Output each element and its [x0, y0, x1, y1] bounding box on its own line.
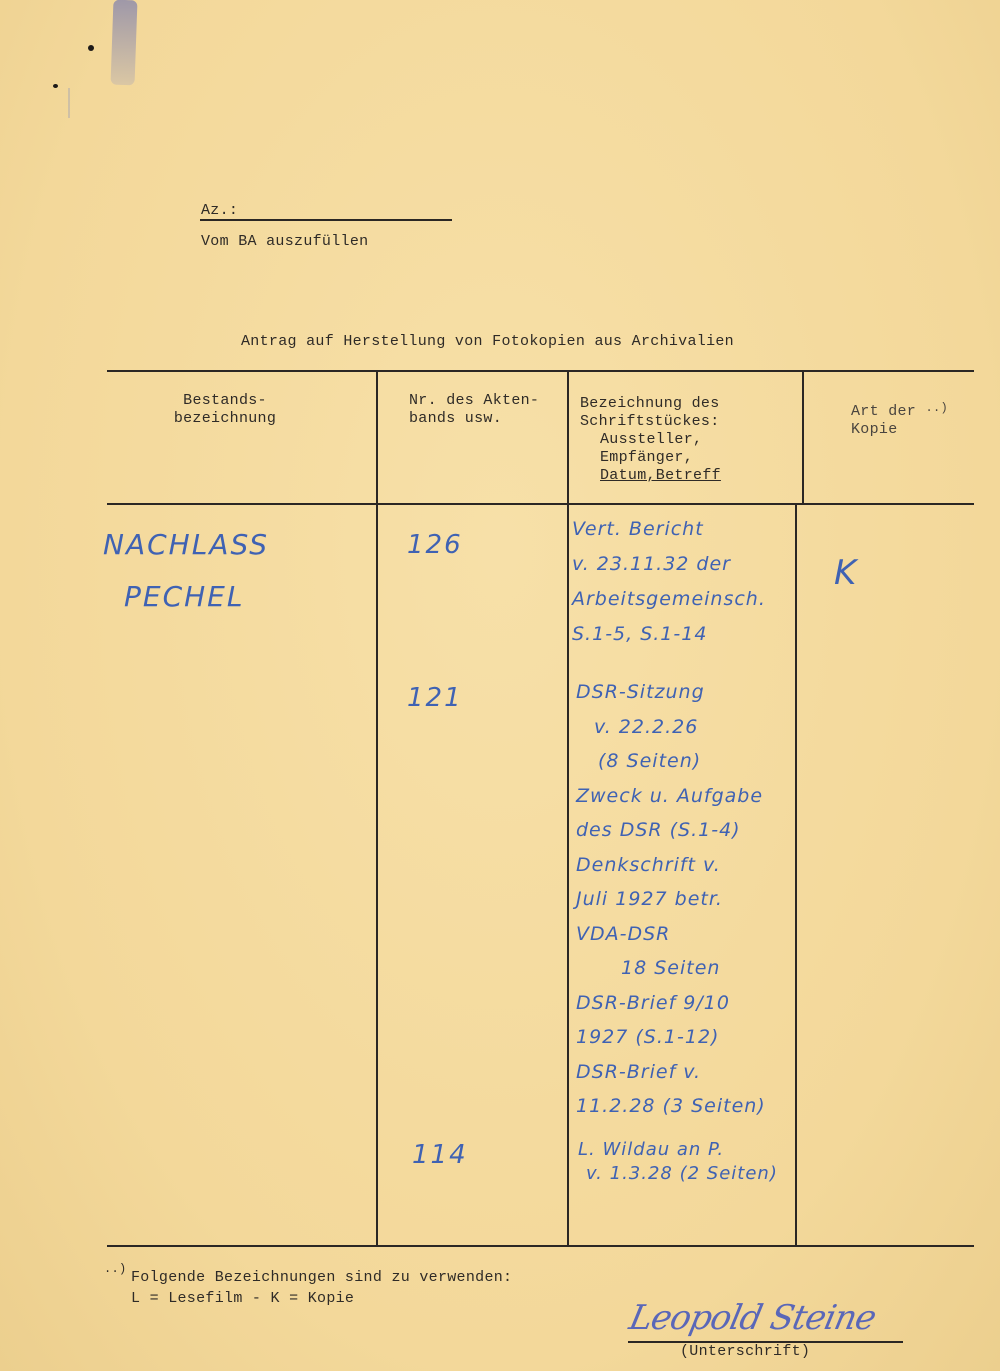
- column-divider-3-header: [802, 372, 804, 504]
- column-header-art: Art der ..) Kopie: [851, 399, 948, 439]
- column-header-nr: Nr. des Akten- bands usw.: [409, 392, 539, 428]
- header-line: Bezeichnung des: [580, 395, 721, 413]
- signature-label: (Unterschrift): [680, 1343, 810, 1360]
- column-divider-3: [795, 505, 797, 1245]
- form-title: Antrag auf Herstellung von Fotokopien au…: [241, 333, 734, 350]
- entry-line: Denkschrift v.: [576, 848, 766, 883]
- bestand-value-line1: NACHLASS: [103, 528, 269, 561]
- entry-line: (8 Seiten): [576, 744, 766, 779]
- art-der-kopie-value: K: [834, 553, 856, 593]
- az-input-line[interactable]: [200, 219, 452, 221]
- ink-stain: [111, 0, 138, 85]
- punch-mark: [53, 84, 58, 88]
- entry-line: S.1-5, S.1-14: [572, 617, 766, 652]
- entry-nr: 126: [407, 530, 463, 560]
- entry-line: 11.2.28 (3 Seiten): [576, 1089, 766, 1124]
- entry-nr: 121: [407, 683, 463, 713]
- entry-line: v. 1.3.28 (2 Seiten): [578, 1162, 778, 1186]
- entry-line: des DSR (S.1-4): [576, 813, 766, 848]
- table-bottom-rule: [107, 1245, 974, 1247]
- footnote-mark: ..): [925, 401, 948, 415]
- entry-line: DSR-Brief 9/10: [576, 986, 766, 1021]
- entry-line: Juli 1927 betr.: [576, 882, 766, 917]
- entry-line: DSR-Sitzung: [576, 675, 766, 710]
- entry-description: Vert. Bericht v. 23.11.32 der Arbeitsgem…: [572, 512, 766, 652]
- header-line: Aussteller,: [580, 431, 721, 449]
- column-header-bezeichnung: Bezeichnung des Schriftstückes: Ausstell…: [580, 395, 721, 485]
- entry-nr: 114: [412, 1140, 468, 1170]
- entry-line: L. Wildau an P.: [578, 1138, 778, 1162]
- entry-line: v. 22.2.26: [576, 710, 766, 745]
- header-line: Art der: [851, 403, 916, 420]
- table-top-rule: [107, 370, 974, 372]
- entry-line: Vert. Bericht: [572, 512, 766, 547]
- az-label: Az.:: [201, 202, 238, 219]
- table-header-rule: [107, 503, 974, 505]
- entry-description: L. Wildau an P. v. 1.3.28 (2 Seiten): [578, 1138, 778, 1186]
- entry-line: v. 23.11.32 der: [572, 547, 766, 582]
- footnote-text: Folgende Bezeichnungen sind zu verwenden…: [131, 1267, 512, 1309]
- signature: Leopold Steine: [626, 1298, 879, 1338]
- az-note: Vom BA auszufüllen: [201, 233, 368, 250]
- smudge: [68, 88, 70, 118]
- entry-description: DSR-Sitzung v. 22.2.26 (8 Seiten) Zweck …: [576, 675, 766, 1124]
- entry-line: 18 Seiten: [576, 951, 766, 986]
- column-divider-1: [376, 372, 378, 1245]
- header-line: Bestands-: [170, 392, 280, 410]
- footnote-mark: ..): [104, 1262, 127, 1276]
- footnote-line: Folgende Bezeichnungen sind zu verwenden…: [131, 1267, 512, 1288]
- header-line: bezeichnung: [170, 410, 280, 428]
- entry-line: Arbeitsgemeinsch.: [572, 582, 766, 617]
- header-line: Nr. des Akten-: [409, 392, 539, 410]
- entry-line: DSR-Brief v.: [576, 1055, 766, 1090]
- header-line: Empfänger,: [580, 449, 721, 467]
- entry-line: Zweck u. Aufgabe: [576, 779, 766, 814]
- footnote-line: L = Lesefilm - K = Kopie: [131, 1288, 512, 1309]
- entry-line: 1927 (S.1-12): [576, 1020, 766, 1055]
- header-line: Schriftstückes:: [580, 413, 721, 431]
- header-line: bands usw.: [409, 410, 539, 428]
- punch-mark: [88, 45, 94, 51]
- entry-line: VDA-DSR: [576, 917, 766, 952]
- header-line: Datum,Betreff: [580, 467, 721, 485]
- column-header-bestand: Bestands- bezeichnung: [170, 392, 280, 428]
- header-line: Kopie: [851, 421, 948, 439]
- column-divider-2: [567, 372, 569, 1245]
- bestand-value-line2: PECHEL: [124, 580, 244, 613]
